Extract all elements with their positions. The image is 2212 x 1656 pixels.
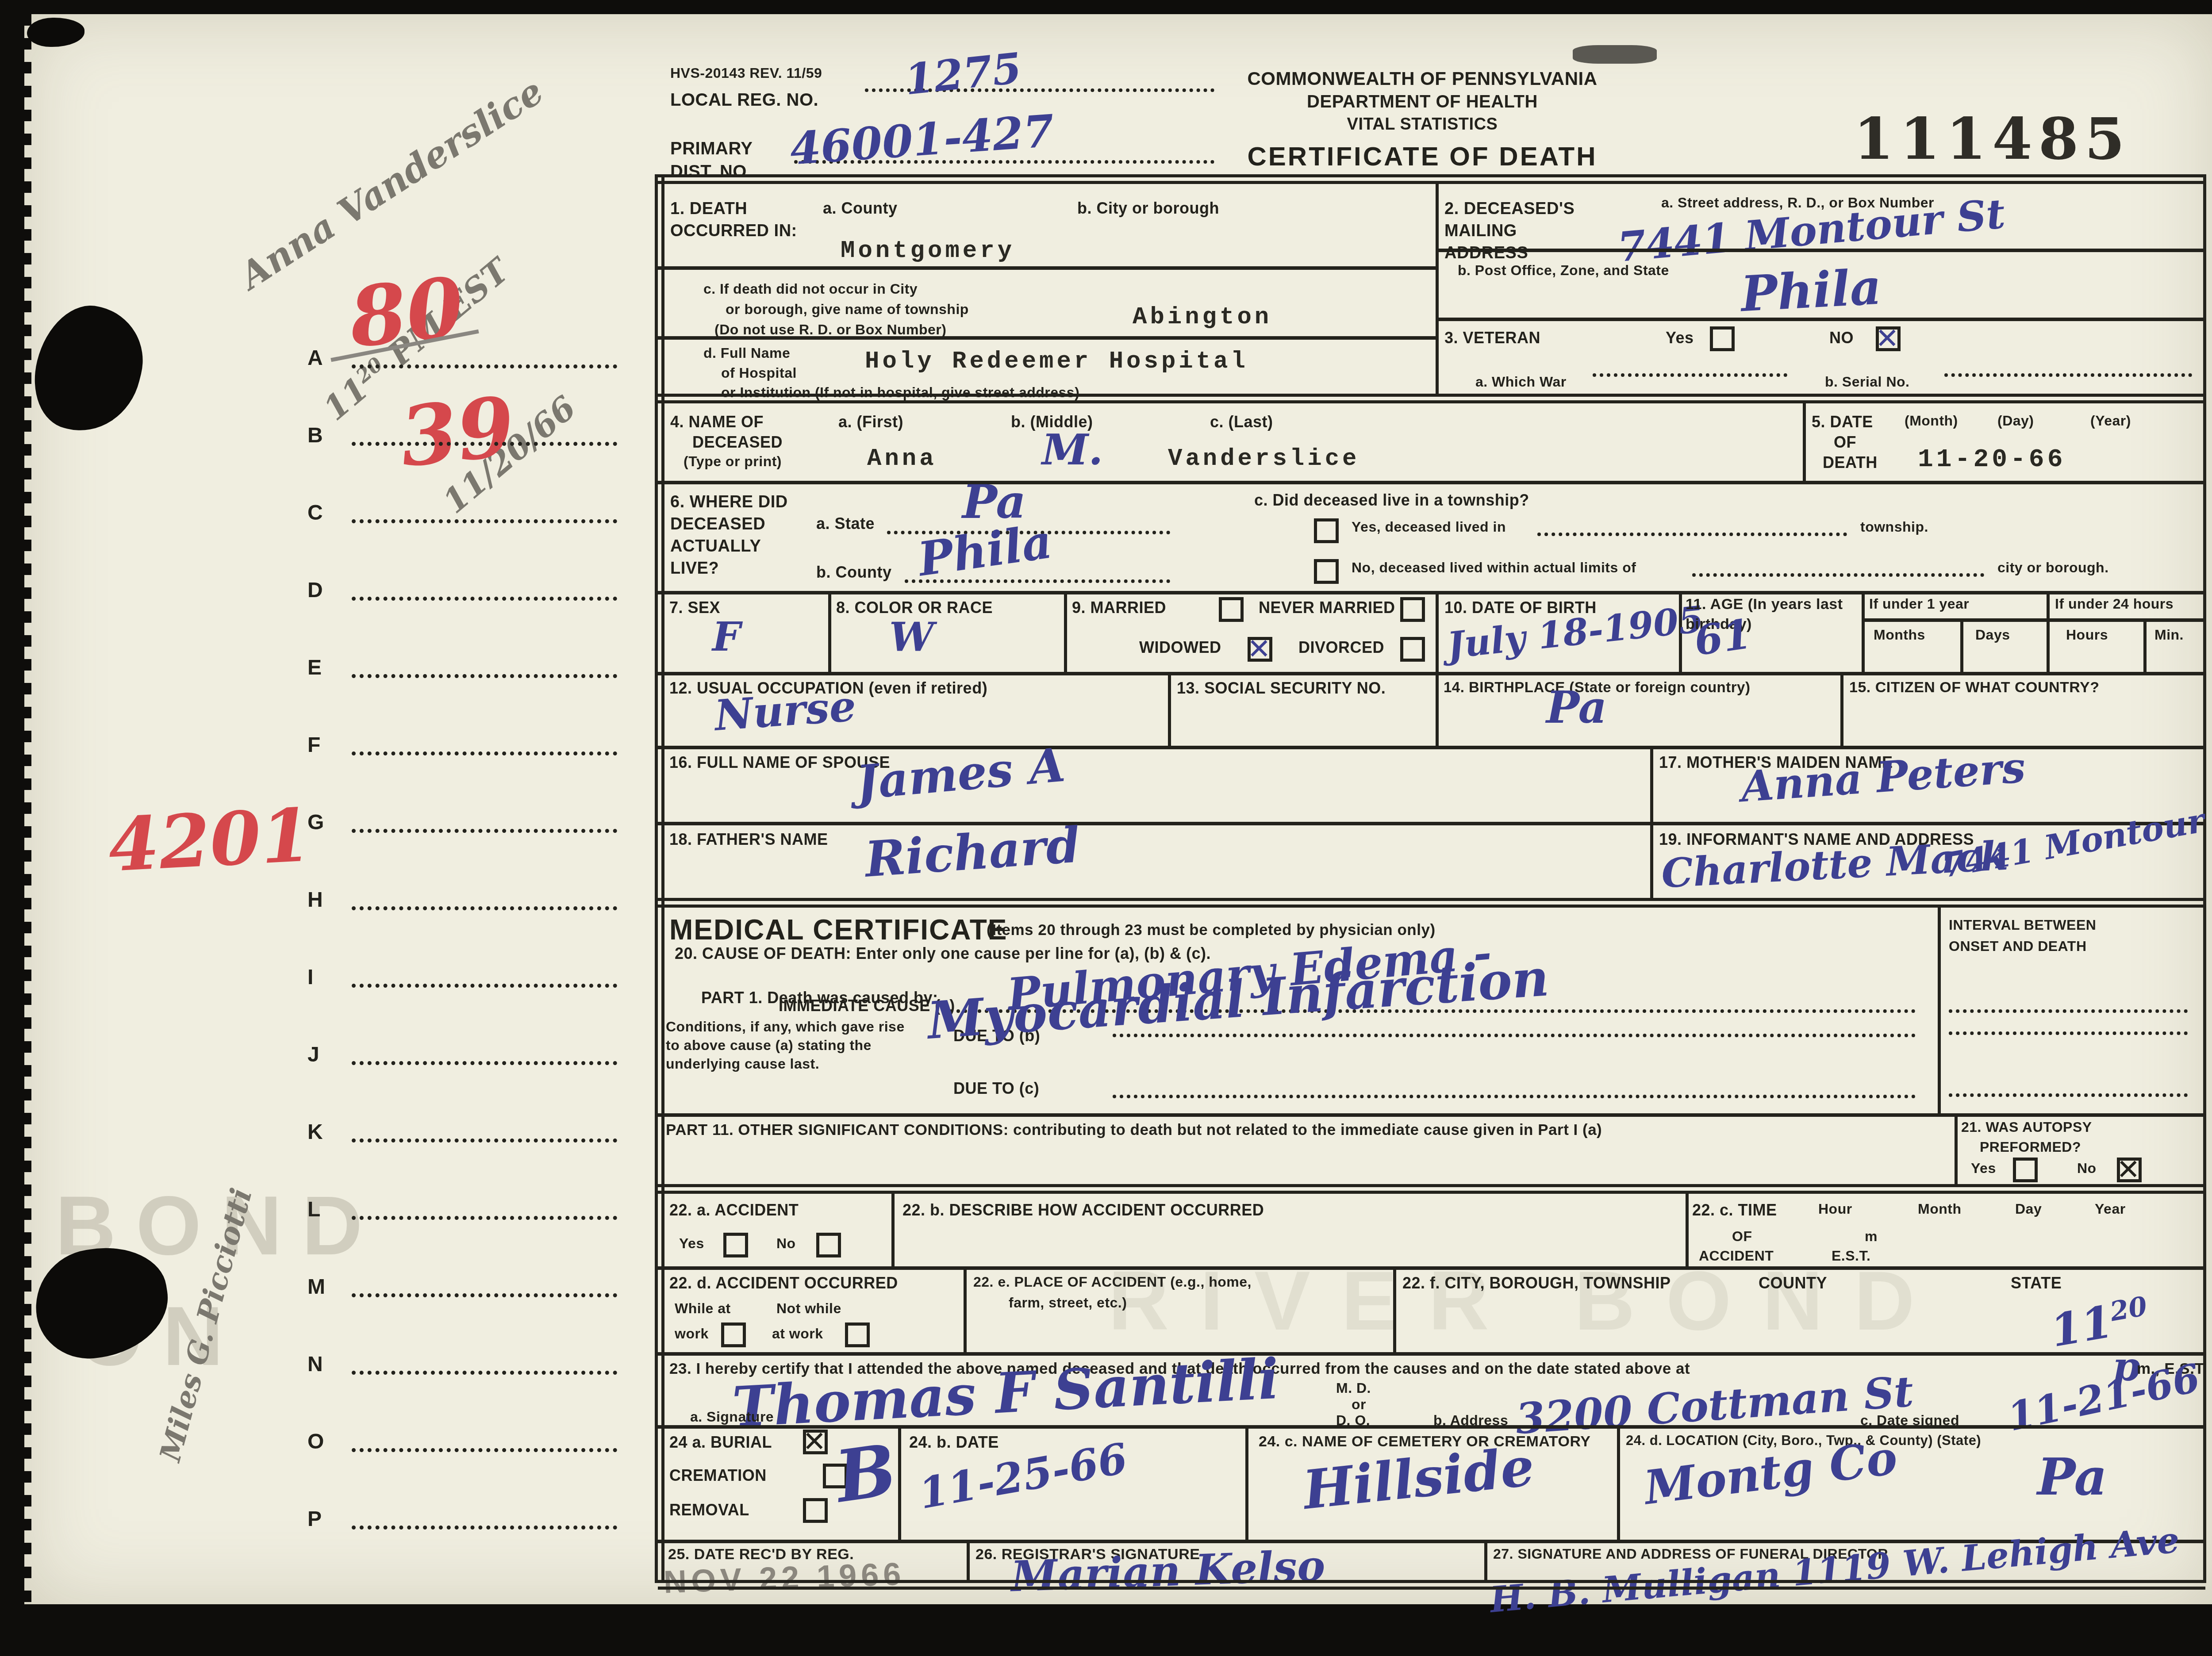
index-row: O [307,1430,617,1456]
box6c-no-suffix: city or borough. [1997,558,2109,577]
married-checkbox [1219,597,1244,622]
box4-label-2: DECEASED [692,432,783,453]
box5-month-label: (Month) [1905,411,1958,430]
part2-label: PART 11. OTHER SIGNIFICANT CONDITIONS: c… [666,1120,1944,1140]
index-dotted-line [352,1293,617,1297]
removal-checkbox [803,1498,828,1523]
index-row: C [307,501,617,527]
box6c-yes-text: Yes, deceased lived in [1352,517,1506,536]
box22d-while-2: work [675,1324,709,1343]
paper-tear [27,18,84,47]
box11-value: 61 [1691,610,1754,665]
rule [1960,620,1963,672]
index-dotted-line [352,1371,617,1375]
box1d-label-2: of Hospital [721,364,797,382]
interval-line-a [1949,1009,2188,1013]
box5-day-label: (Day) [1997,411,2034,430]
box6c-label: c. Did deceased live in a township? [1254,490,1529,511]
index-row: N [307,1352,617,1379]
rule [1484,1540,1487,1580]
perforated-edge [24,14,31,1604]
box2b-value: Phila [1740,258,1883,322]
box1c-label-1: c. If death did not occur in City [703,280,918,298]
box11-min-label: Min. [2154,625,2184,644]
box11-hours-label: Hours [2066,625,2108,644]
box24a-burial-label: 24 a. BURIAL [669,1432,772,1453]
box24a-value: B [831,1428,902,1519]
rule [1393,1266,1396,1352]
rule [1938,908,1941,1113]
rule [898,1425,901,1540]
box1-label: 1. DEATH OCCURRED IN: [670,198,803,242]
box24d-state-value: Pa [2037,1447,2107,1507]
box24b-label: 24. b. DATE [909,1432,999,1453]
rule [655,174,664,1583]
box12-value: Nurse [713,682,858,740]
box8-value: W [889,613,934,660]
widowed-checkbox [1248,637,1272,662]
rule [1650,822,1653,898]
box1c-label-2: or borough, give name of township [726,300,969,318]
township-line [1537,533,1847,536]
rule [1436,184,1439,395]
box4a-value: Anna [867,445,937,472]
rule [658,822,2205,825]
box22c-month: Month [1918,1200,1961,1218]
box11-days-label: Days [1975,625,2010,644]
rule [658,336,1436,340]
box22a-no-label: No [776,1234,796,1253]
registrar-signature: Marian Kelso [1010,1541,1326,1602]
certificate-title: CERTIFICATE OF DEATH [1148,139,1697,174]
index-dotted-line [352,674,617,678]
box22a-yes-label: Yes [679,1234,704,1253]
index-letter: F [307,733,320,757]
not-while-at-work-checkbox [845,1322,870,1347]
index-letter: M [307,1275,325,1299]
box1a-label: a. County [823,198,898,219]
rule [658,898,2205,908]
box21-label-1: 21. WAS AUTOPSY [1961,1118,2092,1136]
accident-no-checkbox [816,1233,841,1257]
box4b-value: M. [1042,425,1103,475]
index-dotted-line [352,829,617,833]
box14-value: Pa [1546,681,1607,733]
index-letter: B [307,423,323,448]
box9-divorced-label: DIVORCED [1298,637,1384,658]
box4-label-1: 4. NAME OF [670,411,764,433]
box11-under24-label: If under 24 hours [2055,594,2174,613]
box3-yes-label: Yes [1666,327,1694,349]
stamp-smudge [1573,45,1657,64]
local-reg-label: LOCAL REG. NO. [670,88,818,112]
interval-label-2: ONSET AND DEATH [1949,937,2087,955]
index-dotted-line [352,1526,617,1529]
index-dotted-line [352,1061,617,1065]
index-dotted-line [352,1448,617,1452]
index-letter: P [307,1507,322,1531]
box13-label: 13. SOCIAL SECURITY NO. [1177,678,1386,699]
box9-never-label: NEVER MARRIED [1259,597,1395,618]
box23-md-label: M. D. [1336,1379,1371,1397]
while-at-work-checkbox [721,1322,746,1347]
box5-label-2: OF [1834,432,1856,453]
margin-deceased-name-note: Anna Vanderslice [232,70,551,297]
rule [658,174,2205,184]
rule [828,591,831,672]
rule [964,1266,967,1352]
rule [967,1540,970,1580]
box22a-label: 22. a. ACCIDENT [669,1200,799,1221]
index-row: I [307,965,617,992]
autopsy-yes-checkbox [2013,1158,2038,1182]
city-borough-line [1692,573,1984,577]
ink-blot [23,295,154,443]
box6-label: 6. WHERE DID DECEASED ACTUALLY LIVE? [670,491,807,580]
box1b-label: b. City or borough [1077,198,1219,219]
box3b-label: b. Serial No. [1825,372,1909,391]
rule [1686,1194,1689,1266]
box20-duec-label: DUE TO (c) [953,1078,1039,1099]
box11-under1-label: If under 1 year [1869,594,1969,613]
box1a-value: Montgomery [841,238,1015,264]
interval-label-1: INTERVAL BETWEEN [1949,916,2096,934]
box22c-est: E.S.T. [1832,1246,1870,1265]
index-letter: N [307,1352,323,1376]
box22d-notwhile-1: Not while [776,1299,841,1318]
box2-label: 2. DECEASED'S MAILING ADDRESS [1444,198,1577,264]
rule [1862,618,2047,622]
form-number: HVS-20143 REV. 11/59 [670,64,822,82]
rule [1803,403,1806,481]
rule [658,1352,2205,1356]
divorced-checkbox [1400,637,1425,662]
rule [1436,672,1439,746]
dist-no-value: 46001-427 [788,104,1056,175]
box5-label-3: DEATH [1823,452,1878,473]
serial-no-line [1944,373,2192,377]
box22f-county-label: COUNTY [1759,1273,1827,1294]
index-letter: G [307,810,324,835]
index-row: P [307,1507,617,1533]
box22c-year: Year [2095,1200,2126,1218]
township-no-checkbox [1314,559,1339,584]
box9-married-label: 9. MARRIED [1072,597,1166,618]
serial-number-stamp: 111485 [1854,105,2131,172]
box6b-value: Phila [915,514,1055,587]
box22c-day: Day [2015,1200,2042,1218]
cause-c-line [1113,1095,1916,1098]
rule [1650,746,1653,822]
rule [658,672,2205,675]
index-dotted-line [352,751,617,755]
index-dotted-line [352,1216,617,1220]
rule [658,1184,2205,1194]
index-letter: L [307,1197,320,1222]
box4-label-3: (Type or print) [684,452,782,471]
box22c-of: OF [1732,1227,1752,1246]
box22e-label-1: 22. e. PLACE OF ACCIDENT (e.g., home, [973,1273,1252,1291]
box18-label: 18. FATHER'S NAME [669,829,828,850]
index-letter: A [307,346,323,370]
box4c-value: Vanderslice [1168,445,1359,472]
box4c-label: c. (Last) [1210,411,1273,433]
index-dotted-line [352,442,617,446]
box9-widowed-label: WIDOWED [1139,637,1221,658]
vital-statistics-line: VITAL STATISTICS [1157,113,1688,135]
rule [1168,672,1171,746]
rule [658,1580,2205,1590]
veteran-yes-checkbox [1710,326,1735,351]
never-married-checkbox [1400,597,1425,622]
rule [1840,672,1843,746]
rule [658,1266,2205,1270]
local-reg-value: 1275 [902,43,1024,104]
certificate-scan: BOND ON RIVER BOND Anna Vanderslice 1120… [24,14,2212,1604]
box22f-label: 22. f. CITY, BOROUGH, TOWNSHIP [1402,1273,1671,1294]
department-line: DEPARTMENT OF HEALTH [1157,90,1688,114]
rule [658,1425,2205,1429]
box15-label: 15. CITIZEN OF WHAT COUNTRY? [1849,678,2100,698]
margin-red-4201: 4201 [106,792,314,888]
rule [1436,318,2203,321]
index-row: M [307,1275,617,1301]
index-letter: C [307,501,323,525]
box6b-label: b. County [816,562,891,583]
index-dotted-line [352,906,617,910]
index-dotted-line [352,1138,617,1142]
index-letter: J [307,1043,319,1067]
box21-label-2: PREFORMED? [1980,1138,2081,1156]
box22c-label: 22. c. TIME [1692,1200,1777,1221]
box22d-while-1: While at [675,1299,731,1318]
box5-value: 11-20-66 [1918,445,2066,474]
veteran-no-checkbox [1876,326,1901,351]
box1d-label-1: d. Full Name [703,344,790,362]
accident-yes-checkbox [723,1233,748,1257]
rule [2143,620,2147,672]
box3-no-label: NO [1829,327,1854,349]
box5-year-label: (Year) [2090,411,2131,430]
which-war-line [1593,373,1787,377]
cause-b-line [1113,1034,1916,1037]
box22c-hour: Hour [1818,1200,1852,1218]
interval-line-c [1949,1093,2188,1097]
box5-label-1: 5. DATE [1812,411,1873,433]
box22f-state-label: STATE [2011,1273,2062,1294]
rule [1862,591,1865,672]
box22b-label: 22. b. DESCRIBE HOW ACCIDENT OCCURRED [902,1200,1264,1221]
box22d-notwhile-2: at work [772,1324,823,1343]
index-row: D [307,578,617,605]
box22c-m: m [1865,1227,1878,1246]
box18-value: Richard [863,816,1082,888]
rule [658,591,2205,594]
box1d-value: Holy Redeemer Hospital [865,348,1248,375]
rule [658,394,2205,403]
funeral-director-signature: H. B. Mulligan 1119 W. Lehigh Ave [1488,1519,2181,1621]
box6c-no-text: No, deceased lived within actual limits … [1352,558,1636,577]
burial-checkbox [803,1430,828,1454]
index-letter: E [307,655,322,680]
index-letter: I [307,965,313,989]
box3a-label: a. Which War [1475,372,1567,391]
rule [891,1194,895,1266]
box20-conditions-note: Conditions, if any, which gave rise to a… [666,1017,922,1073]
box6a-label: a. State [816,513,875,534]
index-letter: H [307,888,323,912]
index-row: H [307,888,617,914]
index-row: E [307,655,617,682]
index-letter: D [307,578,323,602]
box3-label: 3. VETERAN [1444,327,1540,349]
primary-label: PRIMARY [670,137,753,161]
box6c-yes-suffix: township. [1860,517,1928,536]
index-row: L [307,1197,617,1224]
rule [2047,618,2203,622]
index-letter: K [307,1120,323,1144]
box24a-cremation-label: CREMATION [669,1465,767,1486]
rule [1436,591,1439,672]
box2b-label: b. Post Office, Zone, and State [1458,261,1669,280]
interval-line-b [1949,1031,2188,1035]
index-dotted-line [352,597,617,601]
box21-no-label: No [2077,1159,2097,1177]
index-dotted-line [352,519,617,523]
rule [1064,591,1067,672]
box4a-label: a. (First) [838,411,903,433]
rule [1245,1425,1248,1540]
box23-signature-label: a. Signature [690,1407,774,1426]
box11-months-label: Months [1874,625,1925,644]
index-row: B [307,423,617,450]
rule [658,481,2205,484]
index-row: F [307,733,617,759]
index-dotted-line [352,364,617,368]
rule [1436,249,2203,252]
index-row: J [307,1043,617,1069]
box22d-label: 22. d. ACCIDENT OCCURRED [669,1273,898,1294]
index-letter: O [307,1430,324,1454]
box22e-label-2: farm, street, etc.) [1009,1293,1127,1312]
rule [1617,1425,1620,1540]
index-dotted-line [352,984,617,988]
commonwealth-line: COMMONWEALTH OF PENNSYLVANIA [1157,66,1688,91]
index-row: G [307,810,617,837]
rule [658,266,1436,270]
box7-value: F [712,613,741,660]
index-row: A [307,346,617,372]
township-yes-checkbox [1314,518,1339,543]
index-row: K [307,1120,617,1146]
rule [658,1113,2205,1117]
box24a-removal-label: REMOVAL [669,1499,749,1521]
box1c-value: Abington [1133,304,1272,331]
autopsy-no-checkbox [2117,1158,2142,1182]
box22c-accident: ACCIDENT [1699,1246,1774,1265]
rule [2047,591,2050,672]
box21-yes-label: Yes [1971,1159,1996,1177]
rule [1955,1113,1958,1185]
